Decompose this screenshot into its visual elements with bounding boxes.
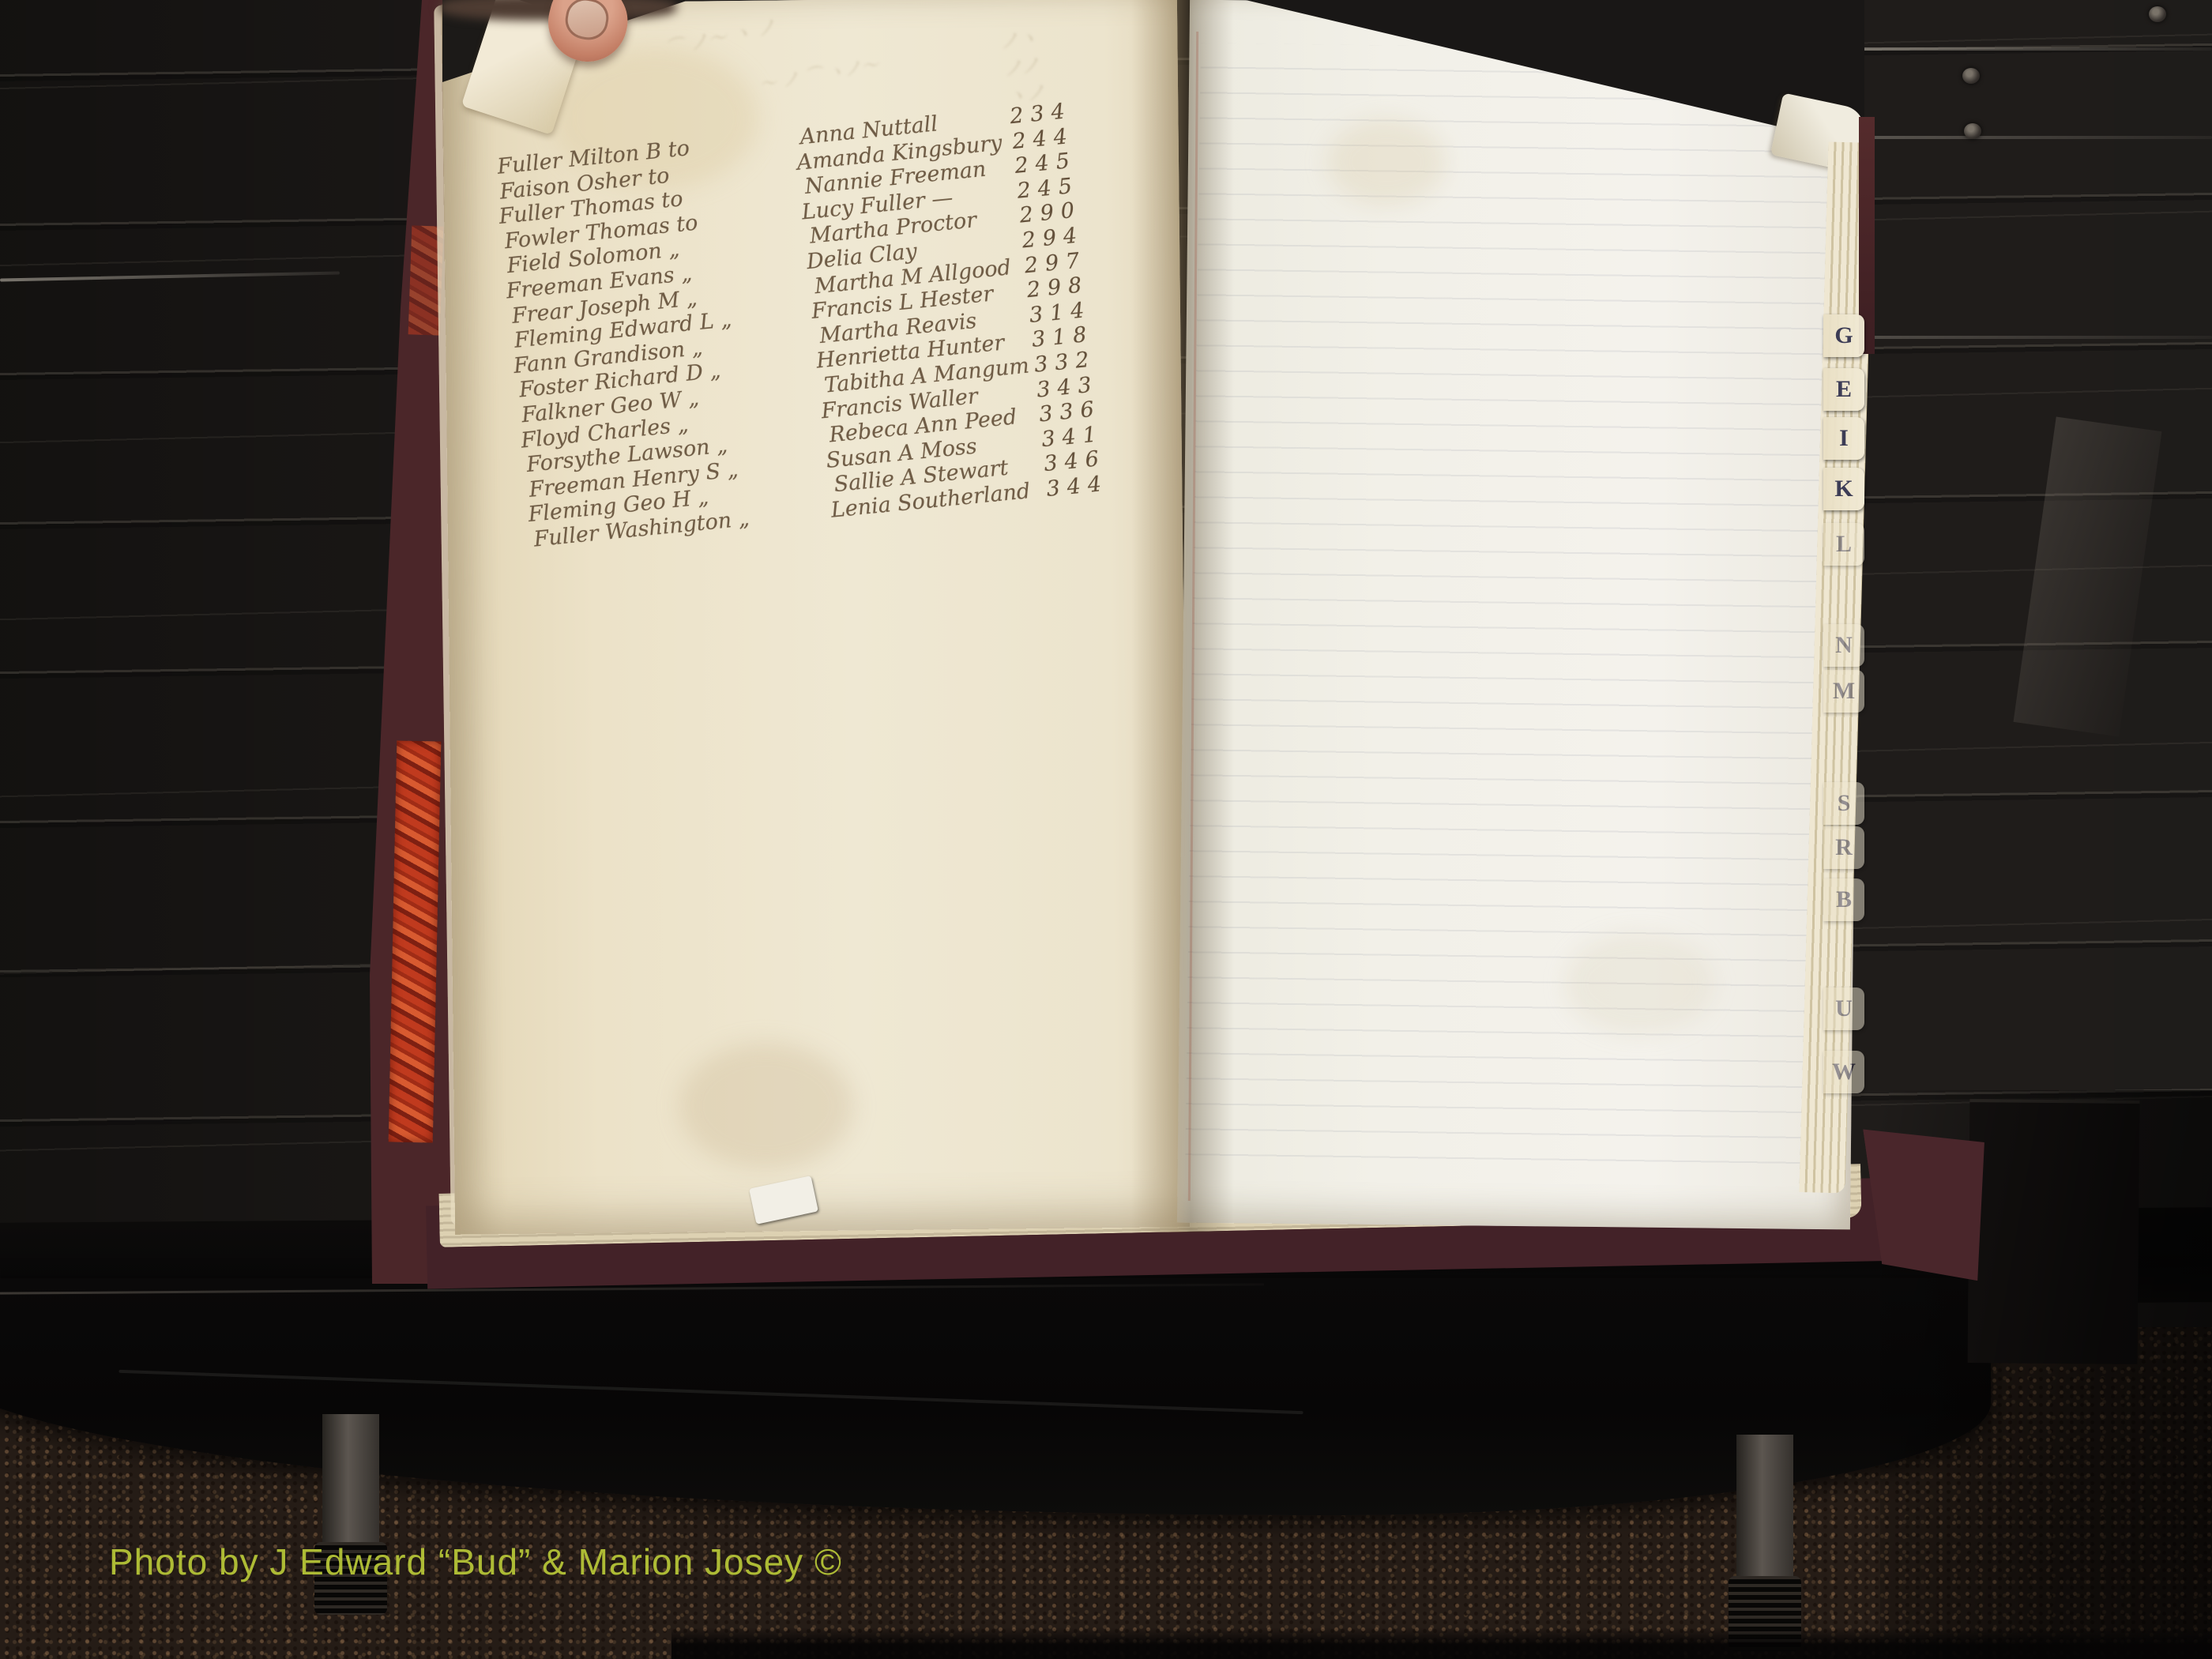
table-leg-right (1736, 1435, 1793, 1593)
tab-letter: S (1823, 782, 1864, 825)
index-tab: N (1823, 624, 1864, 667)
tab-letter: B (1823, 878, 1864, 921)
slat-highlight (1856, 47, 2212, 51)
index-tab: E (1823, 368, 1864, 411)
index-tab: S (1823, 782, 1864, 825)
index-tab: L (1823, 523, 1864, 566)
index-tab: M (1823, 670, 1864, 713)
tab-letter: G (1823, 314, 1864, 357)
index-tab: U (1823, 987, 1864, 1030)
ruled-lines (1185, 43, 1856, 1181)
screw-head-icon (1964, 123, 1981, 139)
page-stain (1564, 932, 1714, 1035)
index-tab: B (1823, 878, 1864, 921)
tab-letter: E (1823, 368, 1864, 411)
tab-letter: R (1823, 826, 1864, 869)
tab-letter: W (1823, 1051, 1864, 1093)
table-leg-left (322, 1414, 379, 1556)
page-stain (1327, 118, 1446, 205)
marbled-endpaper-edge (389, 740, 442, 1142)
index-tab: W (1823, 1051, 1864, 1093)
ledger-photo: ⌒ ノ〜 ヽ ノ 〜 ノ ⌒ ヽノ〜 ノヽノノヽノ Fuller Milton … (0, 0, 2212, 1659)
watermark-text: Photo by J Edward “Bud” & Marion Josey © (109, 1540, 842, 1583)
floor-shadow (671, 1627, 2212, 1659)
screw-head-icon (2149, 6, 2166, 22)
tab-letter: N (1823, 624, 1864, 667)
tab-letter: U (1823, 987, 1864, 1030)
book-gutter (1131, 0, 1234, 1232)
screw-head-icon (1962, 68, 1980, 84)
slat-highlight (1864, 136, 2212, 139)
slat-highlight (1872, 336, 2212, 339)
page-stain (679, 1043, 853, 1169)
marriage-index-entries: Fuller Milton B toAnna Nuttall234Faison … (496, 96, 1133, 552)
tab-letter: K (1823, 468, 1864, 510)
index-tab: K (1823, 468, 1864, 510)
index-tab: G (1823, 314, 1864, 357)
index-tab: I (1823, 417, 1864, 460)
tab-letter: I (1823, 417, 1864, 460)
tab-letter: L (1823, 523, 1864, 566)
tab-letter: M (1823, 670, 1864, 713)
index-tab: R (1823, 826, 1864, 869)
